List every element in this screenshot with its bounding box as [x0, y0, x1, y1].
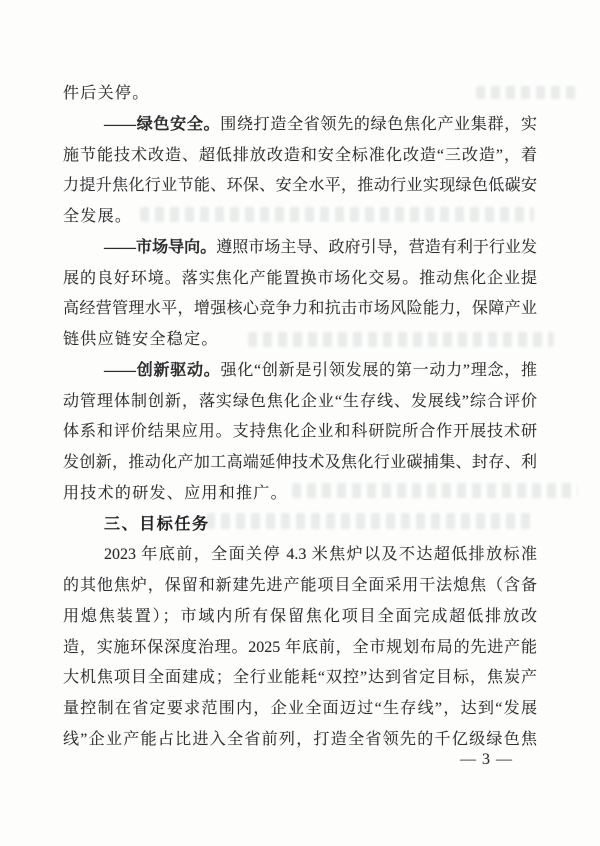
text-line: 链供应链安全稳定。: [63, 325, 537, 356]
line-text: 强化“创新是引领发展的第一动力”理念，推: [221, 362, 537, 379]
text-line: 大机焦项目全面建成；全行业能耗“双控”达到省定目标，焦炭产: [63, 663, 537, 694]
line-text: 动管理体制创新，落实绿色焦化企业“生存线、发展线”综合评价: [63, 393, 537, 410]
text-line: 施节能技术改造、超低排放改造和安全标准化改造“三改造”，着: [63, 141, 537, 172]
text-line: ——创新驱动。强化“创新是引领发展的第一动力”理念，推: [63, 356, 537, 387]
text-line: 用技术的研发、应用和推广。: [63, 479, 537, 510]
page-number: — 3 —: [460, 751, 513, 769]
line-text: 发创新，推动化产加工高端延伸技术及焦化行业碳捕集、封存、利: [63, 454, 537, 471]
text-line: 2023 年底前，全面关停 4.3 米焦炉以及不达超低排放标准: [63, 540, 537, 571]
text-line: 量控制在省定要求范围内，企业全面迈过“生存线”，达到“发展: [63, 694, 537, 725]
text-line: 全发展。: [63, 202, 537, 233]
line-text: 用熄焦装置）；市域内所有保留焦化项目全面完成超低排放改: [63, 608, 537, 625]
line-text: 展的良好环境。落实焦化产能置换市场化交易。推动焦化企业提: [63, 270, 537, 287]
text-line: 用熄焦装置）；市域内所有保留焦化项目全面完成超低排放改: [63, 602, 537, 633]
paragraph-lead: ——绿色安全。: [104, 116, 220, 133]
text-line: 高经营管理水平，增强核心竞争力和抗击市场风险能力，保障产业: [63, 294, 537, 325]
text-line: 造，实施环保深度治理。2025 年底前，全市规划布局的先进产能: [63, 633, 537, 664]
text-line: 的其他焦炉，保留和新建先进产能项目全面采用干法熄焦（含备: [63, 571, 537, 602]
paragraph-lead: ——市场导向。: [104, 239, 216, 256]
text-line: ——市场导向。遵照市场主导、政府引导，营造有利于行业发: [63, 233, 537, 264]
line-text: 线”企业产能占比进入全省前列，打造全省领先的千亿级绿色焦: [63, 731, 537, 748]
line-text: 造，实施环保深度治理。2025 年底前，全市规划布局的先进产能: [63, 639, 537, 656]
line-text: 力提升焦化行业节能、环保、安全水平，推动行业实现绿色低碳安: [63, 177, 537, 194]
text-line: 动管理体制创新，落实绿色焦化企业“生存线、发展线”综合评价: [63, 387, 537, 418]
text-line: 展的良好环境。落实焦化产能置换市场化交易。推动焦化企业提: [63, 264, 537, 295]
line-text: 链供应链安全稳定。: [63, 331, 219, 348]
section-heading: 三、目标任务: [63, 510, 537, 541]
text-line: 力提升焦化行业节能、环保、安全水平，推动行业实现绿色低碳安: [63, 171, 537, 202]
paragraph-lead: ——创新驱动。: [104, 362, 221, 379]
text-line: 体系和评价结果应用。支持焦化企业和科研院所合作开展技术研: [63, 417, 537, 448]
line-text: 全发展。: [63, 208, 132, 225]
text-line: 件后关停。: [63, 79, 537, 110]
line-text: 件后关停。: [63, 85, 150, 102]
line-text: 大机焦项目全面建成；全行业能耗“双控”达到省定目标，焦炭产: [63, 669, 537, 686]
scanned-document-page: 件后关停。——绿色安全。围绕打造全省领先的绿色焦化产业集群，实施节能技术改造、超…: [0, 0, 600, 846]
line-text: 用技术的研发、应用和推广。: [63, 485, 288, 502]
line-text: 施节能技术改造、超低排放改造和安全标准化改造“三改造”，着: [63, 147, 537, 164]
line-text: 三、目标任务: [104, 516, 210, 533]
document-body: 件后关停。——绿色安全。围绕打造全省领先的绿色焦化产业集群，实施节能技术改造、超…: [63, 79, 537, 756]
line-text: 围绕打造全省领先的绿色焦化产业集群，实: [220, 116, 537, 133]
line-text: 遵照市场主导、政府引导，营造有利于行业发: [216, 239, 537, 256]
line-text: 的其他焦炉，保留和新建先进产能项目全面采用干法熄焦（含备: [63, 577, 537, 594]
text-line: 发创新，推动化产加工高端延伸技术及焦化行业碳捕集、封存、利: [63, 448, 537, 479]
line-text: 体系和评价结果应用。支持焦化企业和科研院所合作开展技术研: [63, 423, 537, 440]
line-text: 量控制在省定要求范围内，企业全面迈过“生存线”，达到“发展: [63, 700, 537, 717]
text-line: ——绿色安全。围绕打造全省领先的绿色焦化产业集群，实: [63, 110, 537, 141]
line-text: 高经营管理水平，增强核心竞争力和抗击市场风险能力，保障产业: [63, 300, 537, 317]
line-text: 2023 年底前，全面关停 4.3 米焦炉以及不达超低排放标准: [104, 546, 537, 563]
